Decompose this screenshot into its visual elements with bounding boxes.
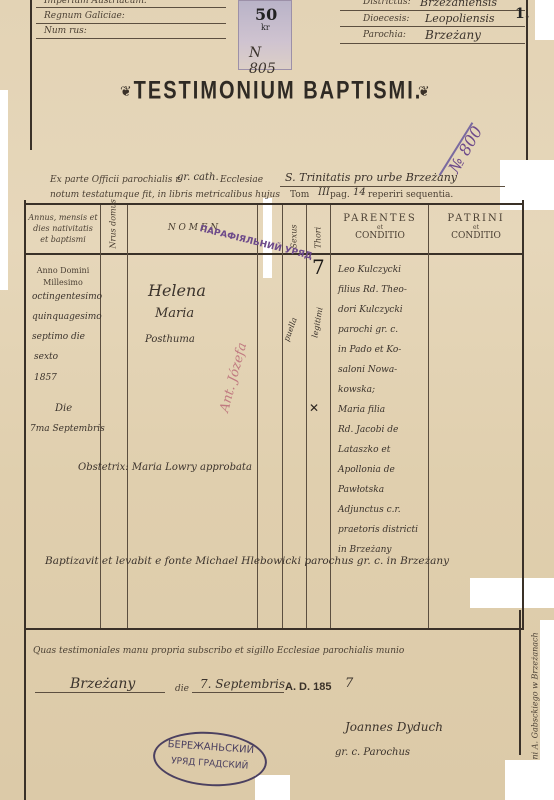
parentes-list: Leo Kulczycki filius Rd. Theo- dori Kulc… bbox=[338, 265, 428, 565]
intro-tom-label: Tom bbox=[290, 190, 309, 200]
annus-hand-4: sexto bbox=[34, 352, 58, 362]
annus-hand-1: octingentesimo bbox=[32, 292, 102, 302]
sexus-value: puella bbox=[282, 316, 299, 342]
annus-printed-1: Anno Domini bbox=[28, 266, 98, 275]
table-bottom-border bbox=[24, 628, 524, 630]
tear-bottom bbox=[255, 775, 290, 800]
parentes-line: Adjunctus c.r. bbox=[338, 505, 428, 525]
parentes-line: parochi gr. c. bbox=[338, 325, 428, 345]
parentes-line: in Pado et Ko- bbox=[338, 345, 428, 365]
signature: Joannes Dyduch bbox=[345, 720, 443, 734]
intro-rite: gr. cath. bbox=[177, 172, 219, 183]
nomen-red-note: Ant. Józefa bbox=[217, 341, 250, 414]
header-right-rule-3 bbox=[340, 43, 525, 44]
annus-hand-die: Die bbox=[55, 403, 72, 414]
header-patrini-conditio: CONDITIO bbox=[430, 231, 522, 241]
intro-rule bbox=[280, 186, 505, 187]
header-left-rule-3 bbox=[36, 38, 226, 39]
header-right-rule-1 bbox=[340, 10, 525, 11]
baptism-certificate: 50 kr N 805 Imperium Austriacum: Regnum … bbox=[0, 0, 554, 800]
parentes-line: filius Rd. Theo- bbox=[338, 285, 428, 305]
revenue-stamp-value: 50 bbox=[255, 5, 277, 24]
header-parentes-conditio: CONDITIO bbox=[332, 231, 428, 241]
thori-value: legitimi bbox=[310, 307, 324, 339]
header-parentes-et: et bbox=[332, 224, 428, 231]
header-nrus-domus: Nrus domus bbox=[109, 209, 118, 249]
parentes-line: praetoris districti bbox=[338, 525, 428, 545]
header-left-rule-2 bbox=[36, 23, 226, 24]
printer-imprint: ni A. Gabsckiego w Brzeżanach bbox=[531, 630, 540, 760]
official-seal: БЕРЕЖАНЬСКИЙ УРЯД ГРАДСКИЙ bbox=[151, 728, 268, 790]
nomen-second: Maria bbox=[155, 306, 194, 321]
districtus-value: Brzezaniensis bbox=[420, 0, 497, 9]
annus-hand-year: 1857 bbox=[34, 373, 57, 383]
revenue-stamp: 50 kr N 805 bbox=[238, 0, 292, 70]
table-top-border bbox=[24, 203, 524, 205]
parentes-line: Rd. Jacobi de bbox=[338, 425, 428, 445]
obstetrix-remark: Obstetrix: Maria Lowry approbata bbox=[78, 462, 252, 473]
header-left-rule-1 bbox=[36, 7, 226, 8]
revenue-stamp-unit: kr bbox=[261, 23, 270, 32]
official-seal-line1: БЕРЕЖАНЬСКИЙ bbox=[156, 738, 266, 757]
dioecesis-value: Leopoliensis bbox=[425, 12, 495, 25]
header-right-rule-2 bbox=[340, 26, 525, 27]
parentes-line: Pawłotska bbox=[338, 485, 428, 505]
closing-ad-label: A. D. 185 bbox=[285, 681, 331, 693]
torn-edge-bottom-right-2 bbox=[505, 760, 554, 800]
annus-hand-2: quinquagesimo bbox=[32, 312, 102, 322]
intro-printed-2: notum testatumque fit, in libris metrica… bbox=[50, 190, 280, 200]
districtus-label: Districtus: bbox=[363, 0, 411, 7]
annus-hand-3: septimo die bbox=[32, 332, 85, 342]
revenue-stamp-overprint: N 805 bbox=[249, 45, 291, 77]
left-border-line bbox=[30, 0, 32, 150]
closing-date: 7. Septembris bbox=[200, 677, 285, 691]
intro-pag-label: pag. bbox=[330, 190, 350, 200]
header-nomen: N O M E N bbox=[130, 223, 256, 233]
closing-date-rule bbox=[192, 692, 284, 693]
closing-die-label: die bbox=[175, 684, 189, 694]
header-parentes-title: PARENTES bbox=[332, 213, 428, 224]
intro-ecclesiae: Ecclesiae bbox=[220, 175, 263, 185]
closing-year: 7 bbox=[345, 676, 353, 691]
official-seal-line2: УРЯД ГРАДСКИЙ bbox=[154, 755, 264, 773]
nomen-posthuma: Posthuma bbox=[145, 334, 195, 345]
header-thori: Thori bbox=[314, 209, 323, 249]
nomen-first: Helena bbox=[148, 281, 206, 300]
header-patrini: PATRINI et CONDITIO bbox=[430, 213, 522, 241]
torn-edge-right-bottom bbox=[470, 578, 554, 608]
right-lower-border bbox=[519, 610, 521, 755]
intro-tom-value: III bbox=[318, 187, 330, 198]
intro-church-name: S. Trinitatis pro urbe Brzeżany bbox=[285, 171, 457, 184]
parentes-line: Lataszko et bbox=[338, 445, 428, 465]
cross-mark-icon: ✕ bbox=[309, 401, 319, 415]
table-left-border bbox=[24, 200, 26, 800]
right-border-line bbox=[526, 0, 528, 160]
annus-hand-date: 7ma Septembris bbox=[30, 424, 105, 434]
dioecesis-label: Dioecesis: bbox=[363, 14, 409, 24]
header-parentes: PARENTES et CONDITIO bbox=[332, 213, 428, 241]
parentes-line: Apollonia de bbox=[338, 465, 428, 485]
header-patrini-title: PATRINI bbox=[430, 213, 522, 224]
document-title: TESTIMONIUM BAPTISMI. bbox=[118, 77, 438, 106]
annus-printed-2: Millesimo bbox=[28, 278, 98, 287]
title-ornament-right: ❦ bbox=[418, 84, 430, 100]
header-sexus: Sexus bbox=[290, 209, 299, 249]
parentes-line: saloni Nowa- bbox=[338, 365, 428, 385]
table-header-bottom bbox=[24, 253, 524, 255]
header-annus: Annus, mensis et dies nativitatis et bap… bbox=[28, 212, 98, 245]
regnum-label: Regnum Galiciae: bbox=[44, 11, 125, 21]
closing-place: Brzeżany bbox=[70, 676, 135, 692]
parochia-value: Brzeżany bbox=[425, 28, 481, 42]
header-patrini-et: et bbox=[430, 224, 522, 231]
closing-statement: Quas testimoniales manu propria subscrib… bbox=[33, 646, 404, 656]
torn-edge-left bbox=[0, 90, 8, 290]
intro-printed-1: Ex parte Officii parochialis r. bbox=[50, 175, 181, 185]
tear-center bbox=[263, 198, 272, 278]
baptizavit-line: Baptizavit et levabit e fonte Michael Hl… bbox=[45, 555, 449, 567]
signature-title: gr. c. Parochus bbox=[335, 747, 410, 758]
house-number: 7 bbox=[312, 255, 325, 279]
num-rus-label: Num rus: bbox=[44, 26, 87, 36]
intro-pag-value: 14 bbox=[353, 187, 366, 198]
closing-place-rule bbox=[35, 692, 165, 693]
table-right-border bbox=[522, 200, 524, 630]
imperium-label: Imperium Austriacum: bbox=[44, 0, 147, 6]
intro-reperiri: reperiri sequentia. bbox=[368, 190, 453, 200]
parochia-label: Parochia: bbox=[363, 30, 406, 40]
parentes-line: Maria filia bbox=[338, 405, 428, 425]
torn-edge-top-right bbox=[535, 0, 554, 40]
parentes-line: kowska; bbox=[338, 385, 428, 405]
parentes-line: Leo Kulczycki bbox=[338, 265, 428, 285]
parentes-line: dori Kulczycki bbox=[338, 305, 428, 325]
